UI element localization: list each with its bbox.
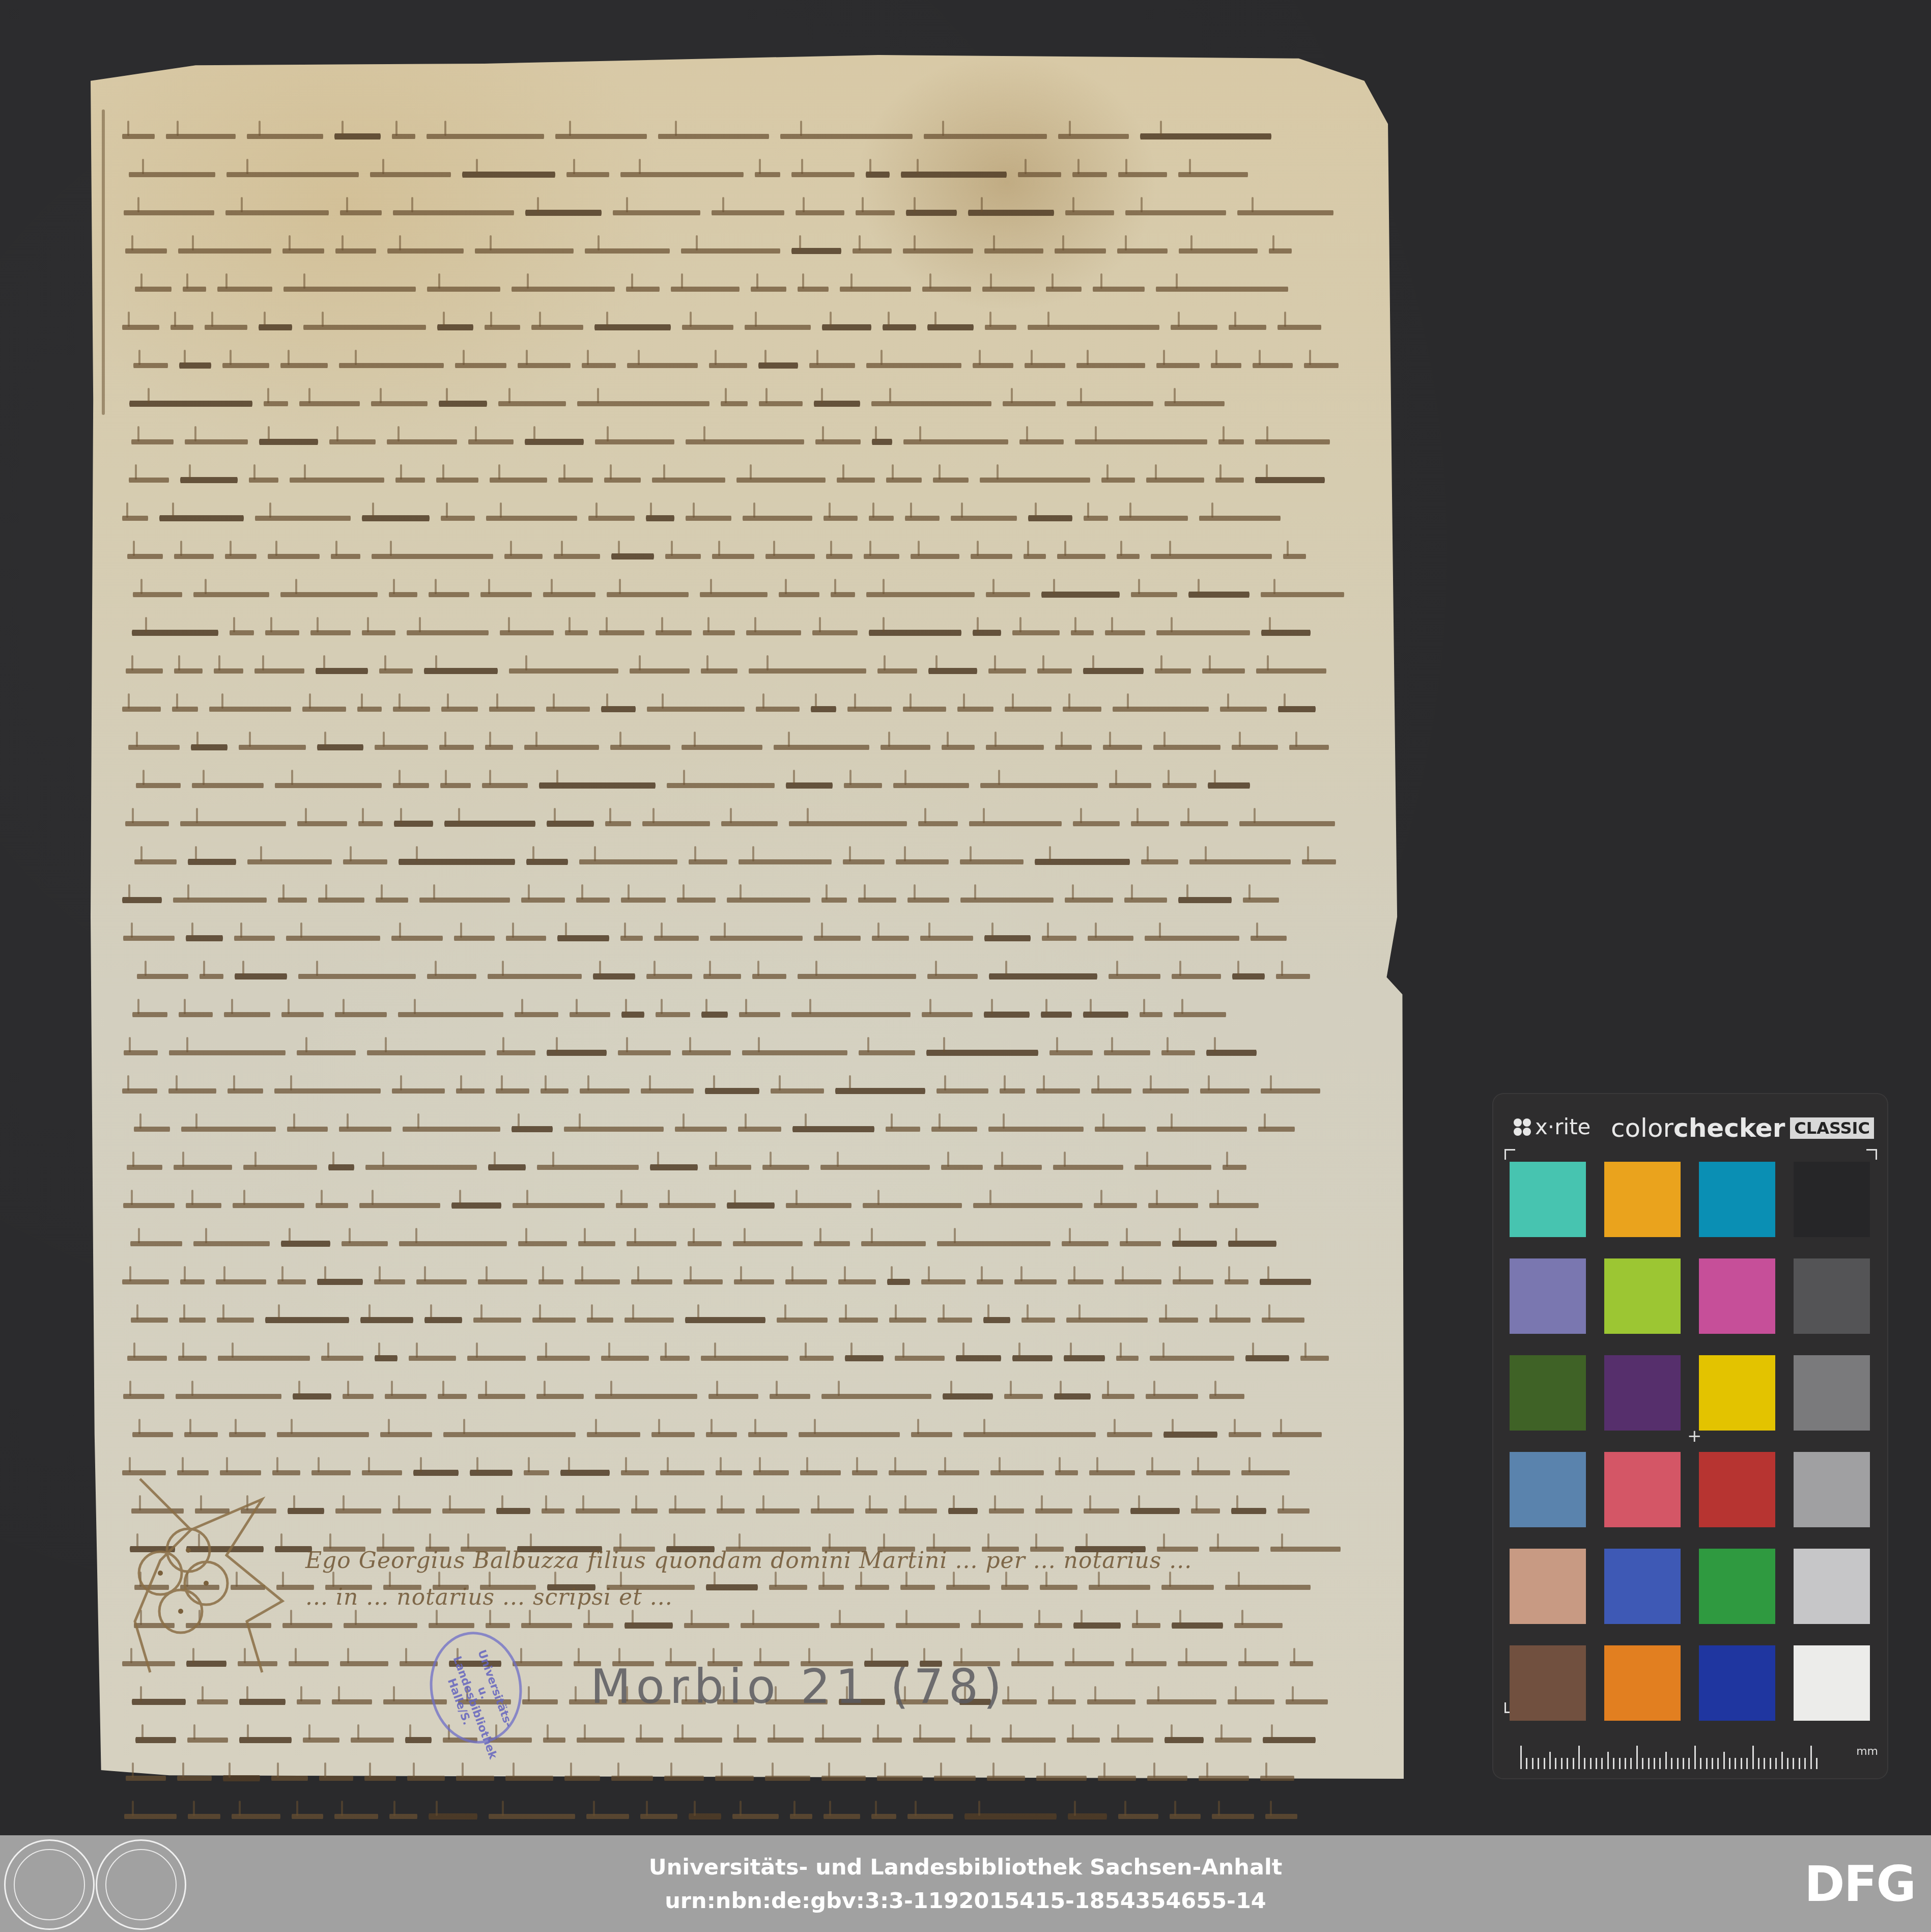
handwritten-word [1269, 244, 1292, 258]
handwritten-word [1071, 626, 1094, 639]
manuscript-line: pomarum et ... et ... locavit ... ad una… [122, 613, 1364, 652]
handwritten-word [407, 626, 489, 639]
handwritten-word [576, 893, 610, 907]
ruler-tick [1642, 1758, 1643, 1769]
handwritten-word [1157, 1123, 1247, 1136]
handwritten-word [1209, 1199, 1259, 1212]
ruler-tick [1816, 1758, 1818, 1769]
handwritten-word [1290, 1657, 1313, 1670]
handwritten-word [933, 473, 969, 487]
manuscript-text-block: In nomine domini anno a nativitate eiusd… [122, 117, 1364, 1912]
manuscript-line: per ipsum Bonatum et in quo ipse Bonatus… [122, 575, 1364, 613]
handwritten-word [1261, 626, 1311, 639]
handwritten-word [1019, 435, 1064, 449]
handwritten-word [329, 435, 376, 449]
handwritten-word [866, 588, 975, 601]
handwritten-word [580, 1084, 630, 1098]
handwritten-word [297, 817, 347, 830]
handwritten-word [467, 1352, 526, 1365]
handwritten-word [942, 741, 975, 754]
ruler-tick [1683, 1758, 1684, 1769]
handwritten-word [316, 1199, 348, 1212]
handwritten-word [129, 168, 215, 181]
handwritten-word [442, 1504, 485, 1518]
handwritten-word [721, 397, 748, 410]
handwritten-word [137, 970, 188, 983]
handwritten-word [124, 1046, 158, 1059]
handwritten-word [226, 168, 359, 181]
manuscript-line: ... et ... iudicio ... et ... [122, 1301, 1364, 1339]
handwritten-word [1073, 1619, 1121, 1632]
handwritten-word [906, 206, 957, 219]
handwritten-word [1130, 1504, 1180, 1518]
handwritten-word [380, 1428, 432, 1441]
handwritten-word [903, 435, 1008, 449]
handwritten-word [427, 283, 500, 296]
handwritten-word [790, 1810, 812, 1823]
handwritten-word [498, 397, 566, 410]
handwritten-word [948, 1504, 978, 1518]
handwritten-word [1005, 703, 1052, 716]
handwritten-word [127, 1161, 162, 1174]
handwritten-word [513, 1199, 605, 1212]
handwritten-word [292, 1810, 323, 1823]
manuscript-line: ... bona ... locatori ... et ... et ... [122, 1072, 1364, 1110]
handwritten-word [1260, 1772, 1294, 1785]
handwritten-word [331, 550, 360, 563]
handwritten-word [941, 1161, 983, 1174]
handwritten-word [835, 1084, 925, 1098]
handwritten-word [132, 626, 218, 639]
handwritten-word [907, 1810, 953, 1823]
classic-badge: CLASSIC [1790, 1117, 1874, 1139]
handwritten-word [708, 1390, 758, 1403]
handwritten-word [604, 473, 641, 487]
handwritten-word [504, 550, 543, 563]
handwritten-word [706, 1428, 737, 1441]
handwritten-word [512, 283, 615, 296]
handwritten-word [1228, 1237, 1276, 1250]
handwritten-word [1159, 1313, 1198, 1327]
handwritten-word [303, 321, 426, 334]
handwritten-word [869, 626, 961, 639]
handwritten-word [765, 1772, 810, 1785]
handwritten-word [387, 435, 457, 449]
handwritten-word [664, 1772, 704, 1785]
ruler-tick [1770, 1758, 1771, 1769]
handwritten-word [1131, 588, 1177, 601]
handwritten-word [1202, 664, 1245, 678]
handwritten-word [259, 321, 292, 334]
handwritten-word [1302, 855, 1336, 869]
handwritten-word [1147, 1772, 1187, 1785]
handwritten-word [297, 1695, 321, 1709]
handwritten-word [684, 1275, 723, 1289]
handwritten-word [1277, 1504, 1310, 1518]
handwritten-word [169, 1046, 286, 1059]
color-swatch [1604, 1355, 1681, 1431]
handwritten-word [127, 1352, 167, 1365]
handwritten-word [715, 1772, 754, 1785]
handwritten-word [441, 512, 475, 525]
handwritten-word [427, 130, 544, 143]
handwritten-word [877, 664, 917, 678]
handwritten-word [576, 1504, 620, 1518]
manuscript-line: ... in ... et ... obligavit ... [122, 995, 1364, 1033]
color-swatch [1604, 1162, 1681, 1237]
handwritten-word [748, 1428, 787, 1441]
handwritten-word [233, 1199, 304, 1212]
handwritten-word [872, 435, 892, 449]
handwritten-word [371, 397, 428, 410]
handwritten-word [586, 1810, 629, 1823]
handwritten-word [335, 1504, 381, 1518]
handwritten-word [866, 359, 961, 372]
handwritten-word [1072, 168, 1107, 181]
handwritten-word [1131, 817, 1169, 830]
handwritten-word [986, 588, 1030, 601]
handwritten-word [362, 1466, 402, 1479]
handwritten-word [988, 1123, 1084, 1136]
handwritten-word [780, 130, 913, 143]
handwritten-word [564, 1772, 600, 1785]
handwritten-word [297, 1046, 356, 1059]
handwritten-word [343, 1390, 374, 1403]
handwritten-word [547, 1046, 607, 1059]
ruler-tick [1804, 1758, 1806, 1769]
handwritten-word [521, 893, 565, 907]
handwritten-word [128, 741, 180, 754]
handwritten-word [799, 1428, 900, 1441]
handwritten-word [1263, 1733, 1316, 1747]
handwritten-word [172, 703, 198, 716]
handwritten-word [752, 970, 786, 983]
handwritten-word [1075, 435, 1207, 449]
handwritten-word [1064, 1352, 1105, 1365]
ruler-tick [1665, 1752, 1667, 1769]
handwritten-word [225, 206, 329, 219]
handwritten-word [1178, 1657, 1227, 1670]
handwritten-word [733, 1237, 803, 1250]
handwritten-word [526, 855, 568, 869]
handwritten-word [335, 1008, 387, 1021]
handwritten-word [129, 397, 252, 410]
handwritten-word [685, 1313, 765, 1327]
manuscript-line: Georgius Balbuzza de Lamagrolla filius q… [122, 193, 1364, 232]
manuscript-line: In nomine domini anno a nativitate eiusd… [122, 117, 1364, 155]
handwritten-word [283, 283, 416, 296]
handwritten-word [470, 1466, 513, 1479]
handwritten-word [399, 1237, 507, 1250]
handwritten-word [1041, 1008, 1072, 1021]
color-swatch [1794, 1355, 1870, 1431]
handwritten-word [125, 817, 169, 830]
handwritten-word [247, 855, 332, 869]
handwritten-word [403, 1123, 500, 1136]
registration-corner-icon [1866, 1149, 1877, 1160]
handwritten-word [343, 855, 387, 869]
ruler-tick [1671, 1758, 1672, 1769]
handwritten-word [1101, 473, 1135, 487]
handwritten-word [901, 168, 1007, 181]
handwritten-word [1208, 779, 1250, 792]
handwritten-word [394, 817, 433, 830]
manuscript-line: ... in ... ad ... et ... notario ... [122, 1797, 1364, 1835]
handwritten-word [298, 970, 416, 983]
handwritten-word [987, 1772, 1025, 1785]
handwritten-word [682, 321, 733, 334]
handwritten-word [554, 550, 600, 563]
handwritten-word [1055, 1466, 1078, 1479]
handwritten-word [367, 1046, 486, 1059]
handwritten-word [624, 1313, 674, 1327]
handwritten-word [555, 130, 647, 143]
handwritten-word [1173, 1275, 1213, 1289]
handwritten-word [1095, 1123, 1146, 1136]
handwritten-word [1062, 1237, 1109, 1250]
handwritten-word [1091, 1084, 1131, 1098]
handwritten-word [843, 855, 885, 869]
handwritten-word [358, 817, 383, 830]
handwritten-word [259, 435, 318, 449]
handwritten-word [234, 932, 275, 945]
handwritten-word [214, 664, 243, 678]
handwritten-word [217, 1313, 254, 1327]
manuscript-line: ... omnia dampna et interesse ... locato… [122, 1148, 1364, 1186]
handwritten-word [570, 1008, 610, 1021]
handwritten-word [454, 932, 495, 945]
handwritten-word [444, 817, 535, 830]
handwritten-word [335, 244, 376, 258]
handwritten-word [124, 206, 214, 219]
handwritten-word [1262, 1313, 1304, 1327]
handwritten-word [1241, 1466, 1290, 1479]
handwritten-word [429, 1619, 474, 1632]
handwritten-word [232, 1810, 280, 1823]
handwritten-word [613, 206, 700, 219]
handwritten-word [451, 1199, 501, 1212]
handwritten-word [1148, 1199, 1198, 1212]
handwritten-word [877, 1772, 923, 1785]
handwritten-word [1042, 932, 1076, 945]
handwritten-word [558, 473, 593, 487]
handwritten-word [239, 741, 306, 754]
ruler-tick [1735, 1758, 1736, 1769]
shelfmark: Morbio 21 (78) [590, 1660, 1007, 1714]
handwritten-word [847, 703, 892, 716]
ruler-tick [1752, 1746, 1754, 1769]
handwritten-word [845, 1352, 884, 1365]
handwritten-word [903, 703, 946, 716]
handwritten-word [770, 1390, 810, 1403]
handwritten-word [225, 550, 257, 563]
handwritten-word [918, 817, 958, 830]
handwritten-word [853, 244, 892, 258]
handwritten-word [1068, 1275, 1103, 1289]
title-light: color [1611, 1113, 1673, 1143]
handwritten-word [1111, 1733, 1153, 1747]
handwritten-word [389, 1810, 417, 1823]
handwritten-word [659, 1199, 716, 1212]
handwritten-word [927, 970, 978, 983]
handwritten-word [122, 703, 161, 716]
handwritten-word [456, 1084, 485, 1098]
handwritten-word [359, 1199, 440, 1212]
ruler-tick [1590, 1758, 1592, 1769]
handwritten-word [1189, 855, 1291, 869]
handwritten-word [486, 512, 577, 525]
handwritten-word [1147, 1695, 1216, 1709]
handwritten-word [302, 703, 346, 716]
handwritten-word [1134, 1161, 1211, 1174]
handwritten-word [674, 1733, 722, 1747]
handwritten-word [1065, 206, 1114, 219]
handwritten-word [159, 512, 244, 525]
handwritten-word [277, 1428, 369, 1441]
ruler-tick [1601, 1758, 1603, 1769]
xrite-logo: x·rite [1514, 1114, 1591, 1139]
handwritten-word [1238, 1657, 1279, 1670]
handwritten-word [1093, 283, 1145, 296]
handwritten-word [889, 1466, 927, 1479]
handwritten-word [812, 626, 858, 639]
handwritten-word [814, 397, 860, 410]
handwritten-word [429, 1810, 477, 1823]
handwritten-word [197, 1695, 228, 1709]
handwritten-word [496, 1504, 530, 1518]
handwritten-word [524, 1466, 549, 1479]
handwritten-word [575, 1275, 620, 1289]
handwritten-word [1215, 473, 1244, 487]
handwritten-word [179, 1008, 213, 1021]
handwritten-word [123, 1390, 164, 1403]
handwritten-word [1156, 626, 1250, 639]
ruler-tick [1555, 1758, 1556, 1769]
handwritten-word [1002, 1733, 1056, 1747]
handwritten-word [1170, 1810, 1201, 1823]
handwritten-word [936, 1084, 988, 1098]
handwritten-word [123, 932, 175, 945]
handwritten-word [126, 664, 163, 678]
handwritten-word [393, 703, 430, 716]
handwritten-word [385, 1390, 427, 1403]
handwritten-word [135, 283, 172, 296]
ruler-tick [1613, 1758, 1614, 1769]
handwritten-word [1172, 1619, 1223, 1632]
handwritten-word [171, 321, 193, 334]
handwritten-word [278, 893, 307, 907]
handwritten-word [1253, 359, 1293, 372]
handwritten-word [398, 1008, 503, 1021]
handwritten-word [831, 588, 855, 601]
color-swatch [1794, 1452, 1870, 1527]
handwritten-word [938, 1313, 972, 1327]
handwritten-word [756, 1504, 800, 1518]
handwritten-word [438, 1390, 467, 1403]
handwritten-word [126, 1772, 166, 1785]
handwritten-word [229, 1428, 266, 1441]
handwritten-word [821, 893, 847, 907]
handwritten-word [419, 893, 510, 907]
handwritten-word [844, 779, 882, 792]
handwritten-word [1098, 1772, 1136, 1785]
handwritten-word [721, 817, 778, 830]
footer-text: Universitäts- und Landesbibliothek Sachs… [0, 1851, 1931, 1918]
handwritten-word [990, 1466, 1044, 1479]
handwritten-word [743, 512, 812, 525]
handwritten-word [522, 1695, 558, 1709]
handwritten-word [786, 779, 833, 792]
handwritten-word [1151, 550, 1272, 563]
handwritten-word [1094, 1199, 1137, 1212]
handwritten-word [852, 1466, 877, 1479]
handwritten-word [332, 1695, 372, 1709]
handwritten-word [686, 512, 731, 525]
handwritten-word [1076, 359, 1145, 372]
handwritten-word [1276, 970, 1310, 983]
ruler-tick [1607, 1752, 1609, 1769]
handwritten-word [485, 741, 513, 754]
handwritten-word [895, 1352, 945, 1365]
handwritten-word [439, 397, 487, 410]
ruler-tick [1573, 1758, 1574, 1769]
handwritten-word [437, 321, 473, 334]
handwritten-word [293, 1390, 331, 1403]
manuscript-line: in dicta petia ... dicti ... quia dictis… [122, 423, 1364, 461]
handwritten-word [560, 1466, 610, 1479]
xrite-icon [1514, 1118, 1531, 1136]
handwritten-word [235, 970, 287, 983]
handwritten-word [1036, 1772, 1087, 1785]
handwritten-word [922, 283, 971, 296]
handwritten-word [786, 1199, 851, 1212]
handwritten-word [537, 1352, 590, 1365]
manuscript-line: ... ad aliquem ... et ... sit ... [122, 690, 1364, 728]
handwritten-word [275, 779, 382, 792]
handwritten-word [407, 1772, 445, 1785]
handwritten-word [543, 1733, 565, 1747]
handwritten-word [409, 1352, 456, 1365]
handwritten-word [524, 741, 599, 754]
handwritten-word [188, 1810, 220, 1823]
handwritten-word [983, 1313, 1010, 1327]
handwritten-word [205, 321, 247, 334]
handwritten-word [482, 779, 528, 792]
handwritten-word [543, 588, 595, 601]
handwritten-word [636, 1733, 663, 1747]
handwritten-word [839, 1313, 878, 1327]
ruler-tick [1700, 1758, 1701, 1769]
handwritten-word [751, 283, 786, 296]
handwritten-word [822, 321, 871, 334]
handwritten-word [134, 1123, 170, 1136]
handwritten-word [413, 1466, 459, 1479]
handwritten-word [1054, 1390, 1091, 1403]
handwritten-word [1084, 512, 1108, 525]
handwritten-word [871, 397, 991, 410]
ruler-tick [1648, 1758, 1650, 1769]
handwritten-word [837, 473, 875, 487]
handwritten-word [512, 1123, 553, 1136]
handwritten-word [709, 359, 747, 372]
handwritten-word [193, 588, 269, 601]
handwritten-word [973, 626, 1001, 639]
handwritten-word [982, 283, 1035, 296]
handwritten-word [651, 1428, 695, 1441]
handwritten-word [1041, 588, 1120, 601]
handwritten-word [1178, 893, 1232, 907]
manuscript-line: ... in ... et ... et ... [122, 1492, 1364, 1530]
